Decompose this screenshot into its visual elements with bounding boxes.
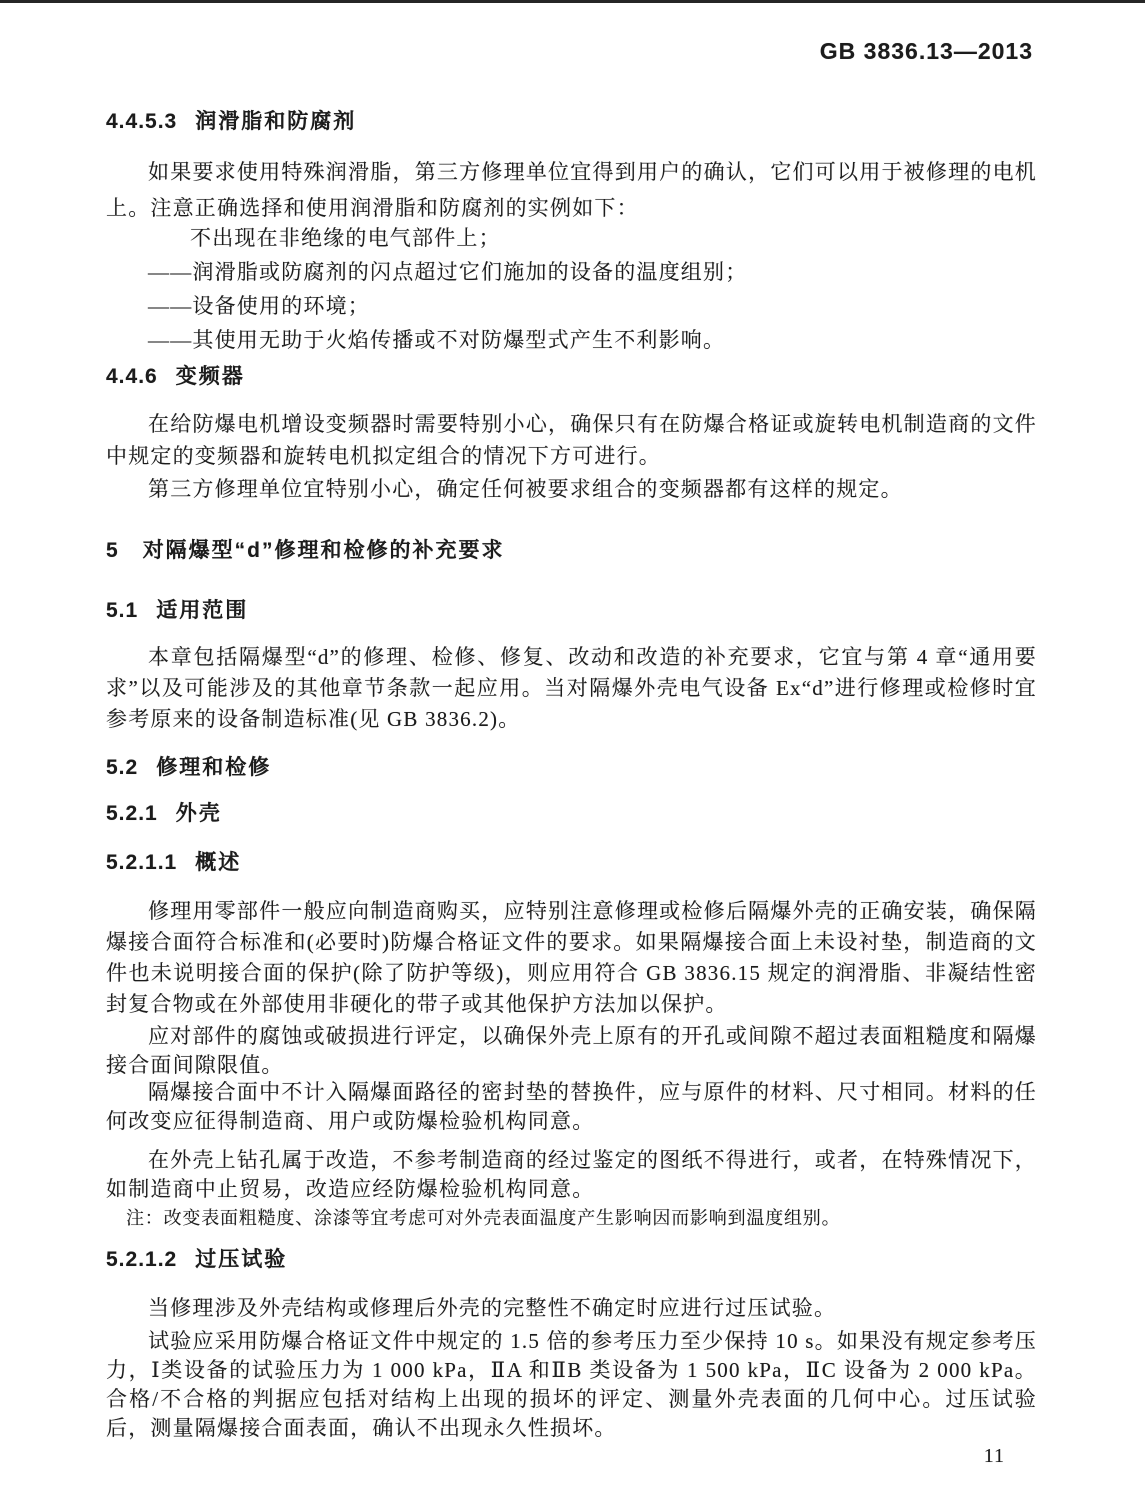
- dash-list-item: 不出现在非绝缘的电气部件上；: [106, 221, 1037, 255]
- heading-5-2: 5.2修理和检修: [106, 754, 1037, 782]
- heading-title: 修理和检修: [156, 754, 271, 782]
- heading-5-2-1-2: 5.2.1.2过压试验: [106, 1246, 1037, 1274]
- paragraph-enclosure-general-3: 隔爆接合面中不计入隔爆面路径的密封垫的替换件，应与原件的材料、尺寸相同。材料的任…: [106, 1078, 1037, 1136]
- heading-number: 5.2.1.2: [106, 1246, 177, 1274]
- heading-title: 润滑脂和防腐剂: [195, 108, 356, 136]
- heading-number: 5.2.1.1: [106, 849, 177, 877]
- heading-title: 变频器: [176, 363, 245, 391]
- heading-number: 4.4.5.3: [106, 108, 177, 136]
- heading-title: 适用范围: [156, 597, 248, 625]
- heading-number: 5: [106, 537, 119, 565]
- heading-number: 4.4.6: [106, 363, 158, 391]
- dash-list-item: ——其使用无助于火焰传播或不对防爆型式产生不利影响。: [106, 323, 1037, 357]
- heading-5-2-1: 5.2.1外壳: [106, 800, 1037, 828]
- heading-number: 5.1: [106, 597, 138, 625]
- heading-number: 5.2: [106, 754, 138, 782]
- heading-title: 外壳: [176, 800, 222, 828]
- paragraph-enclosure-general-1: 修理用零部件一般应向制造商购买，应特别注意修理或检修后隔爆外壳的正确安装，确保隔…: [106, 896, 1037, 1020]
- heading-number: 5.2.1: [106, 800, 158, 828]
- note-text: 注：改变表面粗糙度、涂漆等宜考虑可对外壳表面温度产生影响因而影响到温度组别。: [126, 1206, 1006, 1230]
- paragraph-grease-intro: 如果要求使用特殊润滑脂，第三方修理单位宜得到用户的确认，它们可以用于被修理的电机…: [106, 154, 1037, 226]
- heading-4-4-6: 4.4.6变频器: [106, 363, 1037, 391]
- standard-number-header: GB 3836.13—2013: [820, 38, 1033, 64]
- heading-5: 5对隔爆型“d”修理和检修的补充要求: [106, 537, 1037, 565]
- paragraph-inverter-2: 第三方修理单位宜特别小心，确定任何被要求组合的变频器都有这样的规定。: [106, 473, 1037, 505]
- heading-title: 过压试验: [195, 1246, 287, 1274]
- scan-edge-line: [0, 0, 1145, 3]
- heading-title: 对隔爆型“d”修理和检修的补充要求: [143, 537, 505, 565]
- paragraph-overpressure-1: 当修理涉及外壳结构或修理后外壳的完整性不确定时应进行过压试验。: [106, 1294, 1037, 1323]
- scanned-standard-page: GB 3836.13—2013 4.4.5.3润滑脂和防腐剂 如果要求使用特殊润…: [0, 0, 1145, 1500]
- heading-5-2-1-1: 5.2.1.1概述: [106, 849, 1037, 877]
- heading-title: 概述: [195, 849, 241, 877]
- paragraph-enclosure-general-4: 在外壳上钻孔属于改造，不参考制造商的经过鉴定的图纸不得进行，或者，在特殊情况下，…: [106, 1146, 1037, 1204]
- paragraph-inverter-1: 在给防爆电机增设变频器时需要特别小心，确保只有在防爆合格证或旋转电机制造商的文件…: [106, 408, 1037, 472]
- dash-list-item: ——润滑脂或防腐剂的闪点超过它们施加的设备的温度组别；: [106, 255, 1037, 289]
- heading-5-1: 5.1适用范围: [106, 597, 1037, 625]
- heading-4-4-5-3: 4.4.5.3润滑脂和防腐剂: [106, 108, 1037, 136]
- dash-list-item: ——设备使用的环境；: [106, 289, 1037, 323]
- paragraph-overpressure-2: 试验应采用防爆合格证文件中规定的 1.5 倍的参考压力至少保持 10 s。如果没…: [106, 1327, 1037, 1443]
- paragraph-enclosure-general-2: 应对部件的腐蚀或破损进行评定，以确保外壳上原有的开孔或间隙不超过表面粗糙度和隔爆…: [106, 1022, 1037, 1080]
- paragraph-scope: 本章包括隔爆型“d”的修理、检修、修复、改动和改造的补充要求，它宜与第 4 章“…: [106, 642, 1037, 735]
- page-number: 11: [984, 1444, 1005, 1468]
